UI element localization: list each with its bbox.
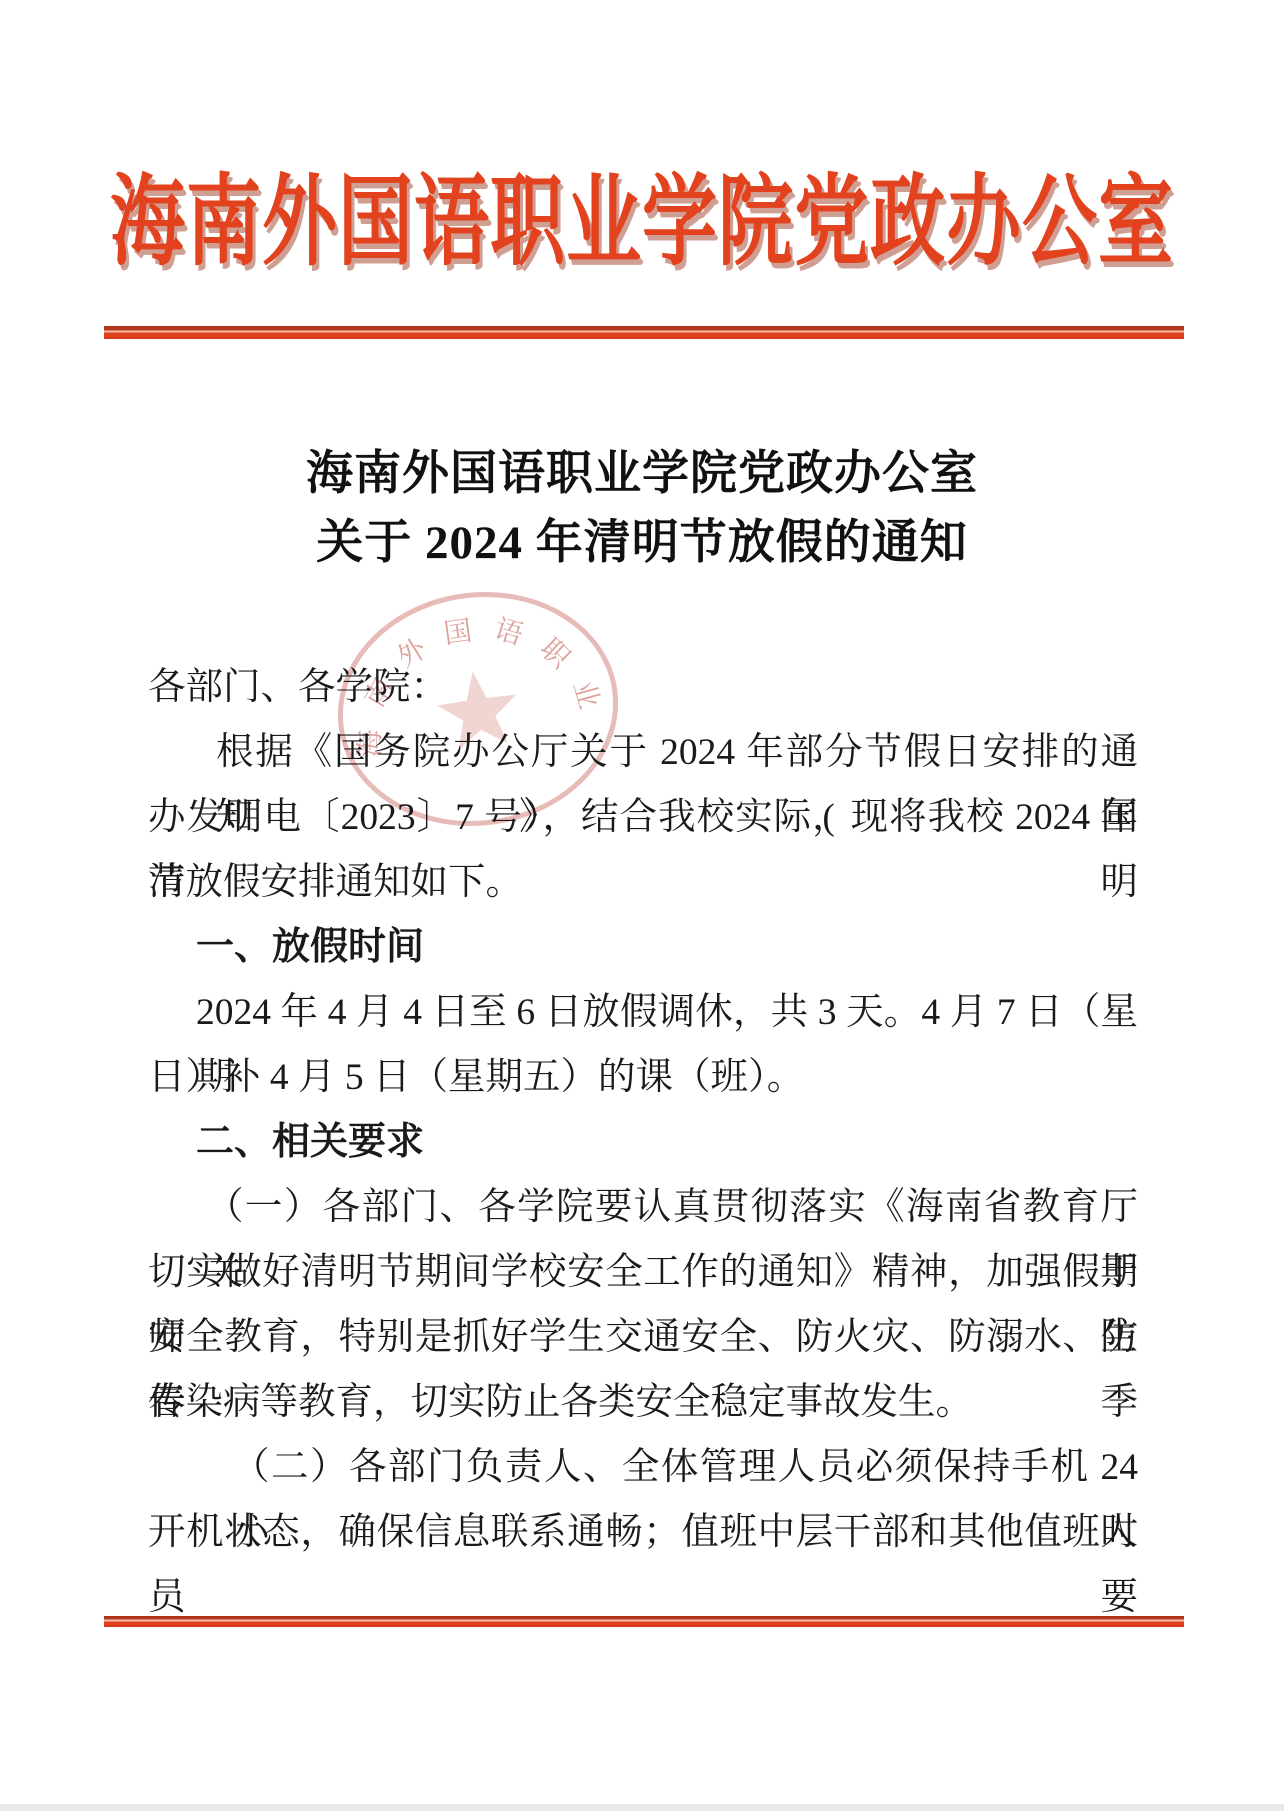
- body-line: 开机状态，确保信息联系通畅；值班中层干部和其他值班人员要: [148, 1500, 1138, 1565]
- document-title: 海南外国语职业学院党政办公室 关于 2024 年清明节放假的通知: [0, 440, 1284, 578]
- body-line: 2024 年 4 月 4 日至 6 日放假调休，共 3 天。4 月 7 日（星期: [148, 980, 1138, 1045]
- body-line: （二）各部门负责人、全体管理人员必须保持手机 24 小时: [148, 1435, 1138, 1500]
- body-line: 各部门、各学院：: [148, 655, 1138, 720]
- body-line: （一）各部门、各学院要认真贯彻落实《海南省教育厅关于: [148, 1175, 1138, 1240]
- scan-edge-artifact: [0, 1804, 1284, 1811]
- body-heading-line: 一、放假时间: [148, 915, 1138, 980]
- body-line: 根据《国务院办公厅关于 2024 年部分节假日安排的通知》(国: [148, 720, 1138, 785]
- document-title-line1: 海南外国语职业学院党政办公室: [0, 440, 1284, 509]
- red-rule-top: [104, 326, 1184, 339]
- body-line: 日）补 4 月 5 日（星期五）的课（班）。: [148, 1045, 1138, 1110]
- document-body: 各部门、各学院：根据《国务院办公厅关于 2024 年部分节假日安排的通知》(国办…: [148, 655, 1138, 1565]
- letterhead-title: 海南外国语职业学院党政办公室: [0, 137, 1284, 311]
- body-line: 办发明电〔2023〕7 号），结合我校实际，现将我校 2024 年清明: [148, 785, 1138, 850]
- body-heading-line: 二、相关要求: [148, 1110, 1138, 1175]
- body-line: 切实做好清明节期间学校安全工作的通知》精神，加强假期师生: [148, 1240, 1138, 1305]
- document-title-line2: 关于 2024 年清明节放假的通知: [0, 509, 1284, 578]
- document-page: 海南外国语职业学院党政办公室 海南外国语职业学院党政办公室 关于 2024 年清…: [0, 0, 1284, 1811]
- body-line: 安全教育，特别是抓好学生交通安全、防火灾、防溺水、防春季: [148, 1305, 1138, 1370]
